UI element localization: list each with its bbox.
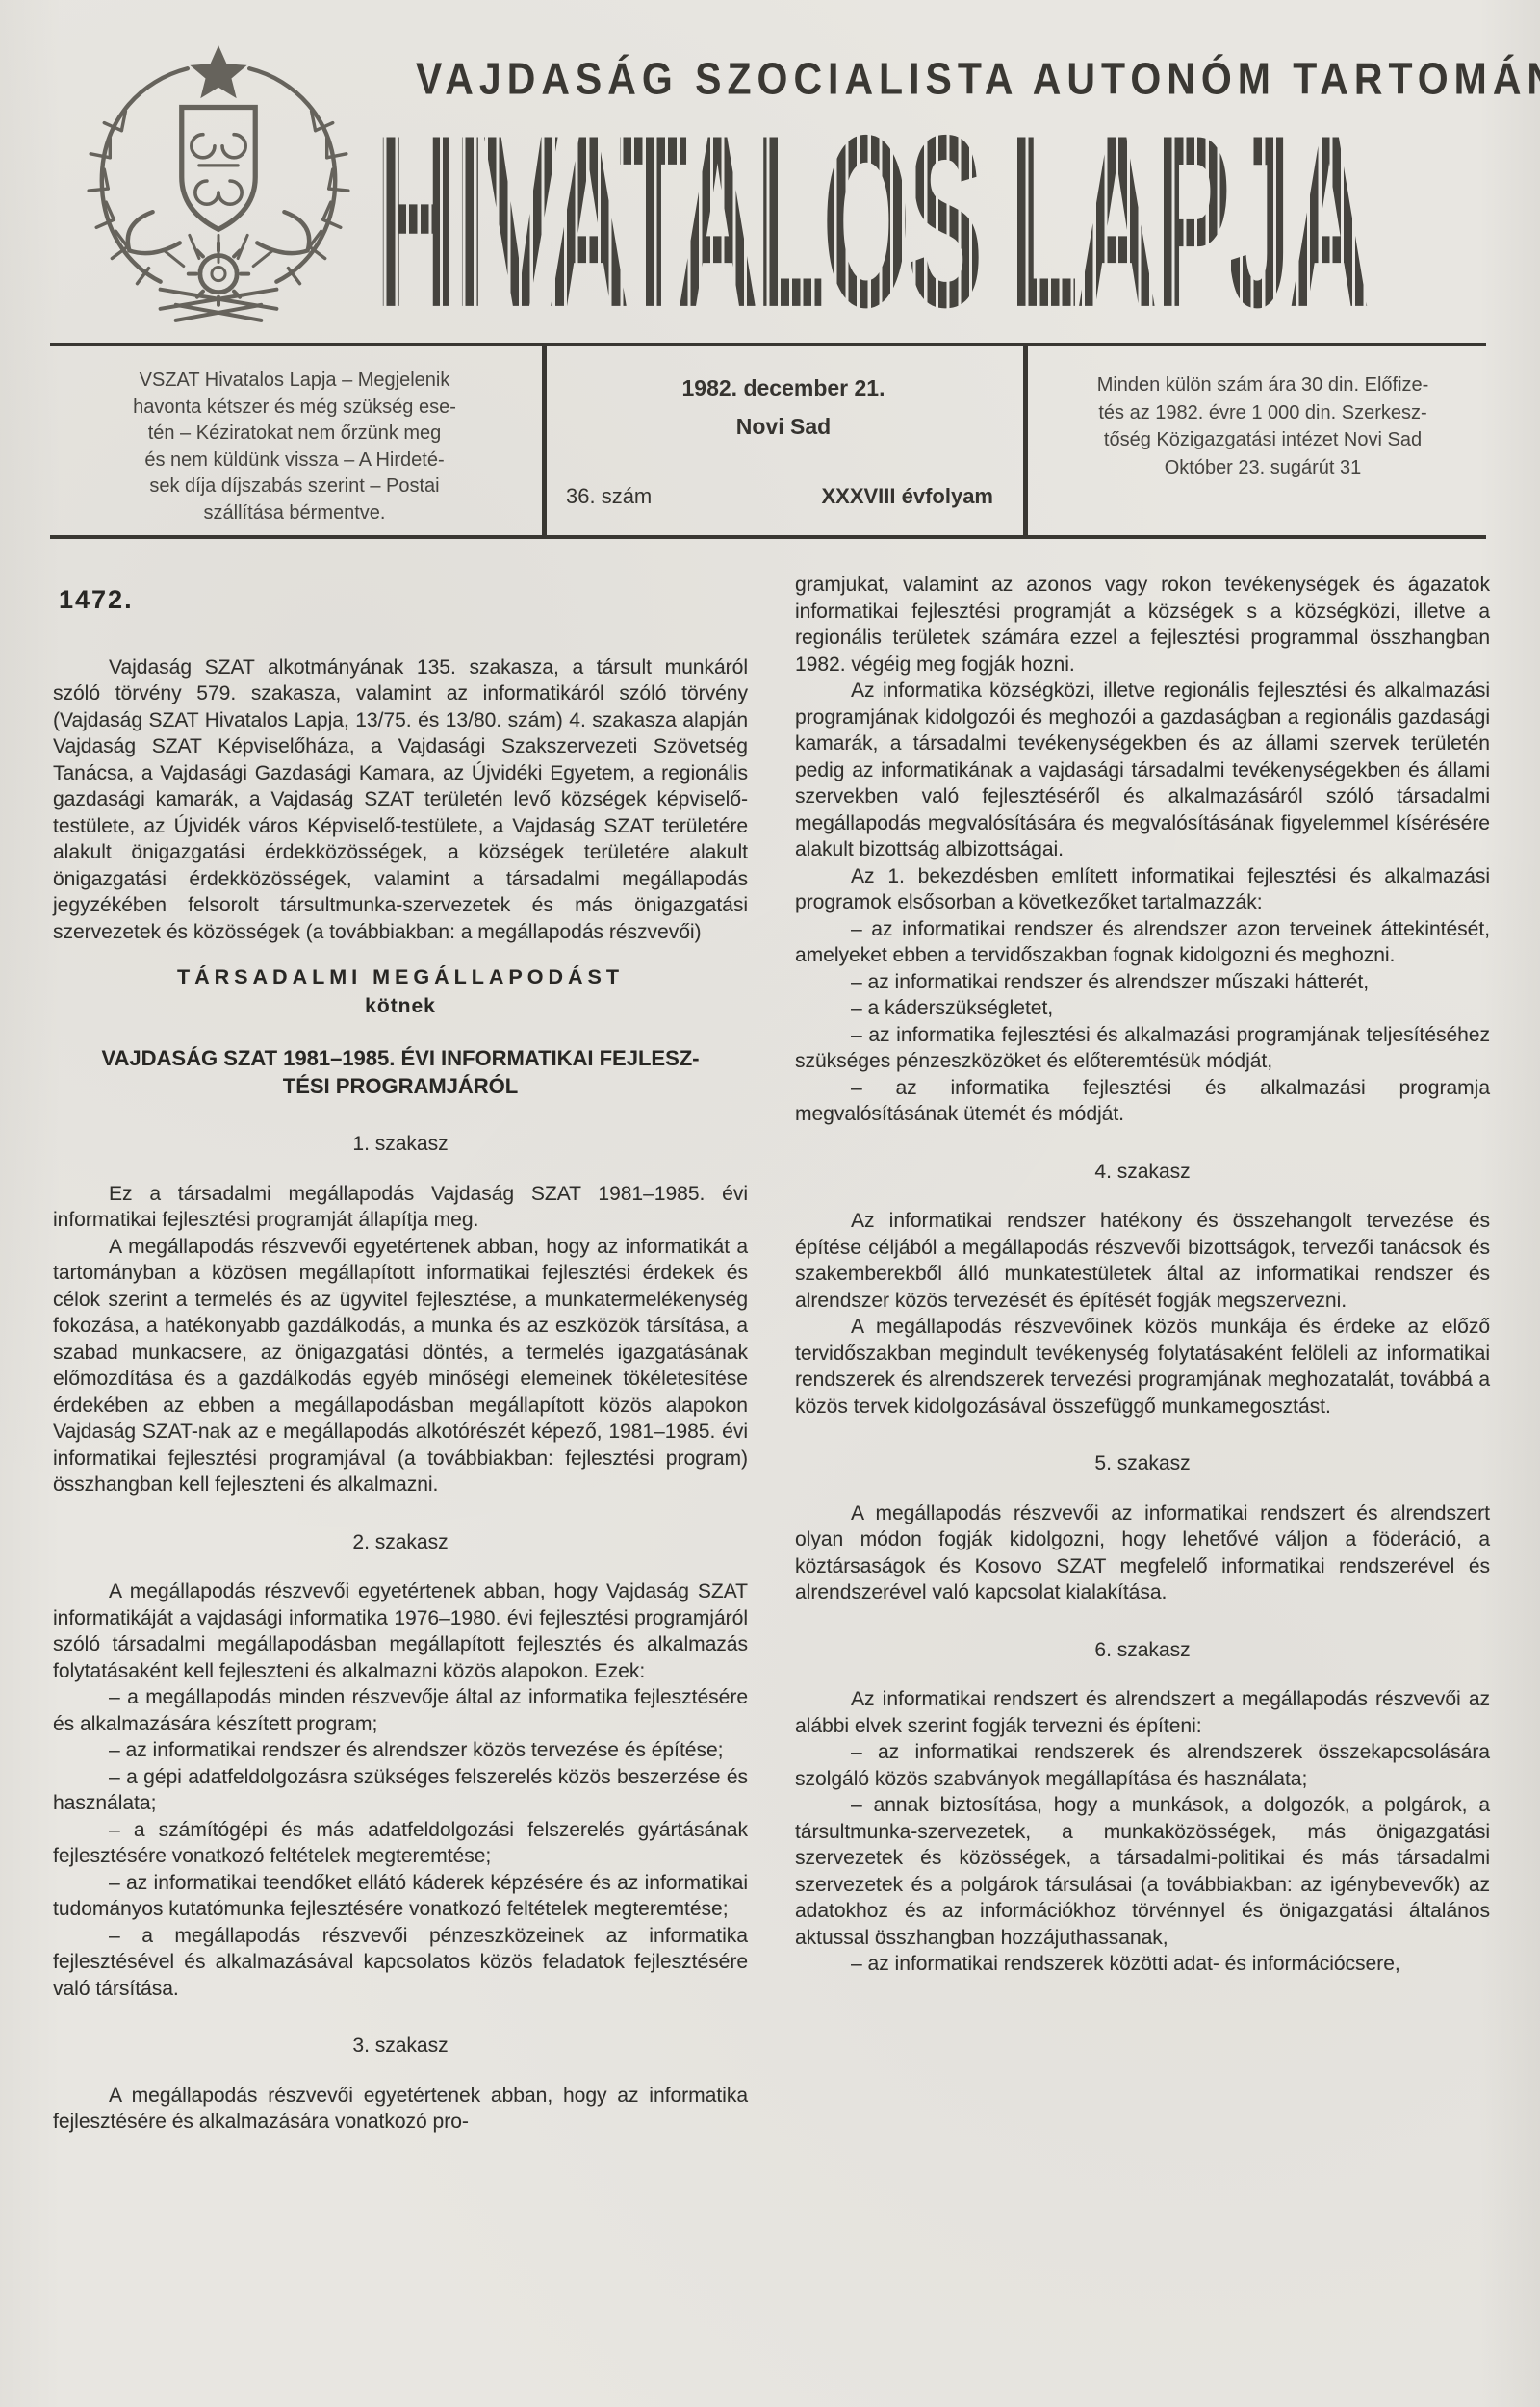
issue-city: Novi Sad	[547, 414, 1020, 440]
paragraph: Az informatikai rendszert és alrendszert…	[795, 1686, 1490, 1739]
list-item: – a káderszükségletet,	[795, 995, 1490, 1022]
subject-heading-line: VAJDASÁG SZAT 1981–1985. ÉVI INFORMATIKA…	[53, 1044, 748, 1072]
masthead-price-info: Minden külön szám ára 30 din. Előfize- t…	[1045, 371, 1480, 481]
paragraph: A megállapodás részvevői egyetértenek ab…	[53, 1578, 748, 1684]
issue-date: 1982. december 21.	[547, 375, 1020, 401]
list-item: – a megállapodás részvevői pénzeszközein…	[53, 1923, 748, 2003]
paragraph: gramjukat, valamint az azonos vagy rokon…	[795, 572, 1490, 678]
masthead-divider-right	[1023, 346, 1028, 535]
agreement-heading: TÁRSADALMI MEGÁLLAPODÁST	[53, 964, 748, 991]
info-line: tén – Kéziratokat nem őrzünk meg	[69, 421, 520, 448]
paragraph: Vajdaság SZAT alkotmányának 135. szakasz…	[53, 654, 748, 946]
section-heading: 2. szakasz	[53, 1529, 748, 1556]
list-item: – az informatikai rendszerek és alrendsz…	[795, 1739, 1490, 1792]
info-line: havonta kétszer és még szükség ese-	[69, 395, 520, 422]
info-line: tés az 1982. évre 1 000 din. Szerkesz-	[1045, 399, 1480, 427]
paragraph: A megállapodás részvevői az informatikai…	[795, 1500, 1490, 1606]
list-item: – az informatikai rendszer és alrendszer…	[795, 916, 1490, 969]
list-item: – az informatikai rendszer és alrendszer…	[795, 969, 1490, 996]
info-line: sek díja díjszabás szerint – Postai	[69, 474, 520, 500]
section-heading: 5. szakasz	[795, 1450, 1490, 1477]
masthead-bottom-rule	[50, 535, 1486, 539]
list-item: – a megállapodás minden részvevője által…	[53, 1684, 748, 1737]
info-line: VSZAT Hivatalos Lapja – Megjelenik	[69, 368, 520, 395]
info-line: és nem küldünk vissza – A Hirdeté-	[69, 448, 520, 474]
subject-heading-line: TÉSI PROGRAMJÁRÓL	[53, 1072, 748, 1100]
section-heading: 3. szakasz	[53, 2033, 748, 2060]
issue-number: 36. szám	[566, 484, 652, 509]
paragraph: A megállapodás részvevői egyetértenek ab…	[53, 2083, 748, 2136]
info-line: Minden külön szám ára 30 din. Előfize-	[1045, 371, 1480, 399]
section-heading: 4. szakasz	[795, 1159, 1490, 1186]
gazette-title: HIVATALOS LAPJA	[375, 98, 1368, 344]
issue-number-row: 36. szám XXXVIII évfolyam	[547, 484, 1020, 509]
list-item: – az informatikai rendszerek közötti ada…	[795, 1951, 1490, 1978]
section-heading: 6. szakasz	[795, 1637, 1490, 1664]
info-line: szállítása bérmentve.	[69, 500, 520, 527]
scanned-gazette-page: { "header": { "province": "VAJDASÁG SZOC…	[0, 0, 1540, 2407]
list-item: – annak biztosítása, hogy a munkások, a …	[795, 1792, 1490, 1951]
article-number: 1472.	[59, 587, 748, 614]
list-item: – a gépi adatfeldolgozásra szükséges fel…	[53, 1764, 748, 1817]
agreement-heading-sub: kötnek	[53, 993, 748, 1020]
list-item: – a számítógépi és más adatfeldolgozási …	[53, 1817, 748, 1870]
paragraph: Az informatika községközi, illetve regio…	[795, 678, 1490, 863]
list-item: – az informatika fejlesztési és alkalmaz…	[795, 1075, 1490, 1128]
paragraph: A megállapodás részvevői egyetértenek ab…	[53, 1234, 748, 1498]
list-item: – az informatika fejlesztési és alkalmaz…	[795, 1022, 1490, 1075]
issue-volume: XXXVIII évfolyam	[821, 484, 993, 509]
paragraph: Ez a társadalmi megállapodás Vajdaság SZ…	[53, 1181, 748, 1234]
paragraph: A megállapodás részvevőinek közös munkáj…	[795, 1314, 1490, 1420]
info-line: tőség Közigazgatási intézet Novi Sad	[1045, 426, 1480, 454]
info-line: Október 23. sugárút 31	[1045, 454, 1480, 482]
paragraph: Az informatikai rendszer hatékony és öss…	[795, 1208, 1490, 1314]
list-item: – az informatikai teendőket ellátó káder…	[53, 1870, 748, 1923]
list-item: – az informatikai rendszer és alrendszer…	[53, 1737, 748, 1764]
masthead-top-rule	[50, 343, 1486, 346]
masthead-publication-info: VSZAT Hivatalos Lapja – Megjelenik havon…	[69, 368, 520, 526]
masthead-issue-info: 1982. december 21. Novi Sad 36. szám XXX…	[547, 368, 1020, 509]
section-heading: 1. szakasz	[53, 1131, 748, 1158]
coat-of-arms	[64, 33, 373, 329]
right-column: gramjukat, valamint az azonos vagy rokon…	[795, 572, 1490, 1978]
left-column: 1472. Vajdaság SZAT alkotmányának 135. s…	[53, 587, 748, 2136]
paragraph: Az 1. bekezdésben említett informatikai …	[795, 863, 1490, 916]
